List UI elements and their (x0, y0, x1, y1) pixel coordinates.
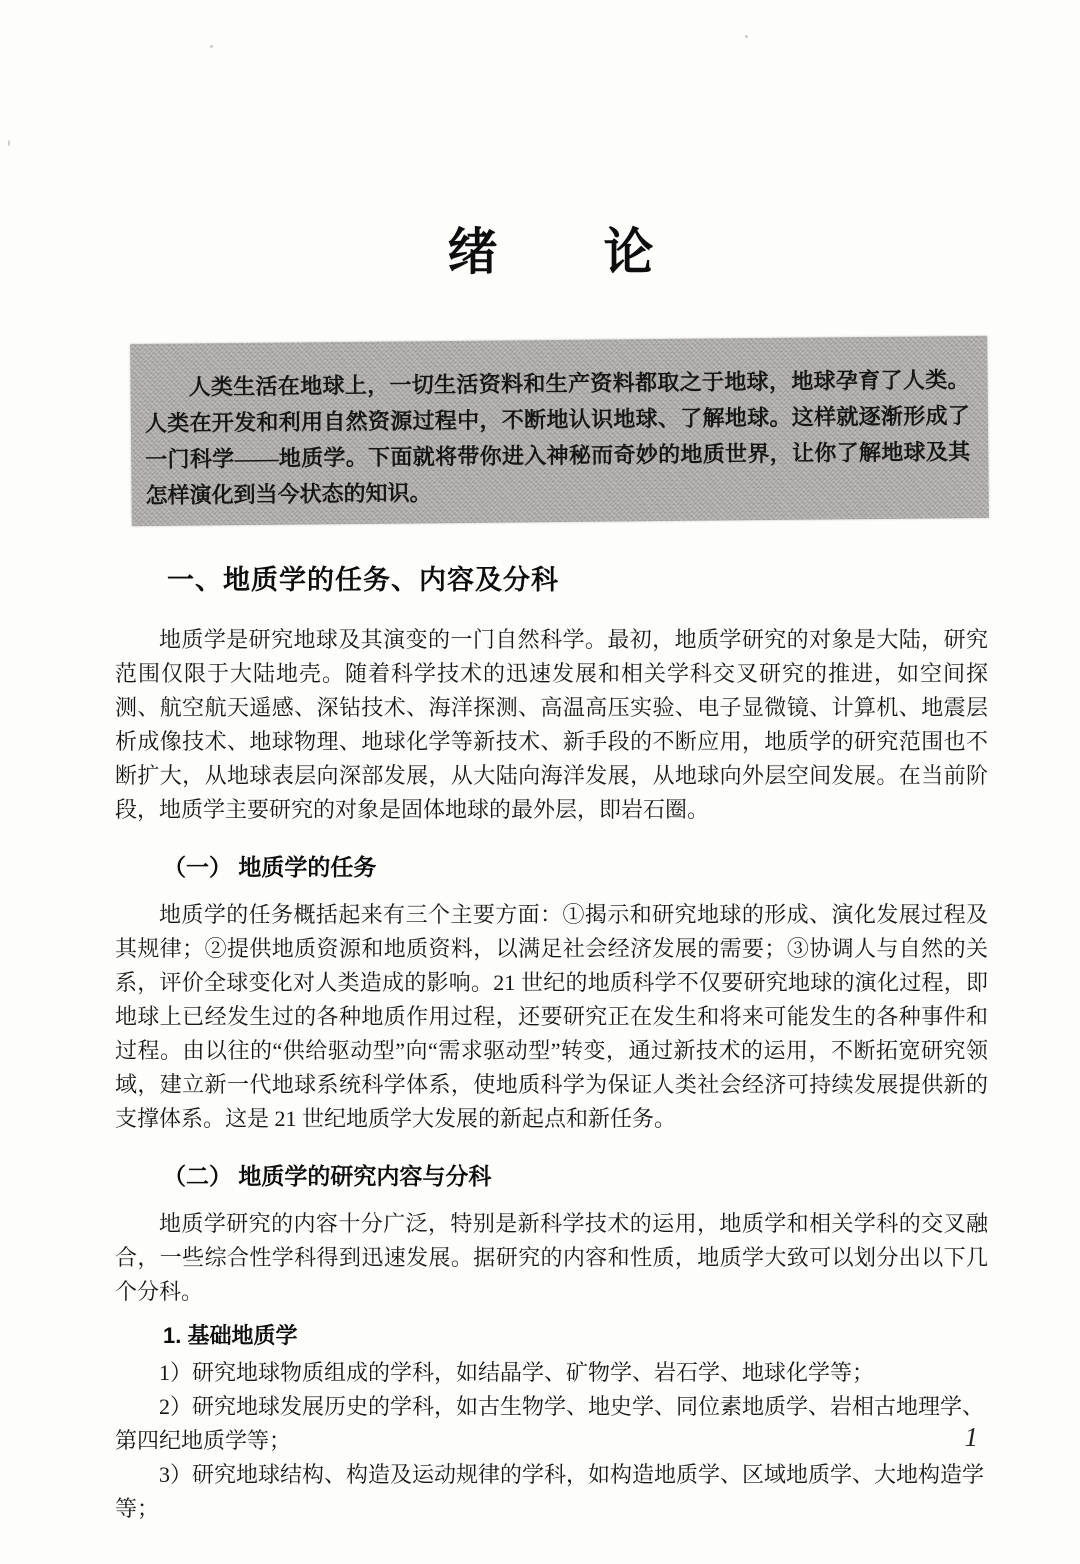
intro-box-text: 人类生活在地球上，一切生活资料和生产资料都取之于地球，地球孕育了人类。人类在开发… (144, 362, 970, 514)
list-group-heading: 1. 基础地质学 (163, 1319, 988, 1350)
subsection-2-heading: （二） 地质学的研究内容与分科 (163, 1158, 988, 1191)
list-item-3: 3）研究地球结构、构造及运动规律的学科，如构造地质学、区域地质学、大地构造学等； (115, 1458, 988, 1526)
scan-speckle (210, 45, 213, 48)
intro-highlight-box: 人类生活在地球上，一切生活资料和生产资料都取之于地球，地球孕育了人类。人类在开发… (130, 336, 989, 526)
section-heading: 一、地质学的任务、内容及分科 (167, 558, 988, 597)
subsection-1-heading: （一） 地质学的任务 (163, 849, 988, 882)
list-item-1: 1）研究地球物质组成的学科，如结晶学、矿物学、岩石学、地球化学等； (115, 1356, 988, 1390)
subsection-2-paragraph: 地质学研究的内容十分广泛，特别是新科学技术的运用，地质学和相关学科的交叉融合，一… (115, 1207, 988, 1309)
book-page: 绪 论 人类生活在地球上，一切生活资料和生产资料都取之于地球，地球孕育了人类。人… (0, 0, 1080, 1564)
scan-speckle (745, 35, 748, 38)
subsection-1-paragraph: 地质学的任务概括起来有三个主要方面：①揭示和研究地球的形成、演化发展过程及其规律… (115, 898, 988, 1136)
section-intro-paragraph: 地质学是研究地球及其演变的一门自然科学。最初，地质学研究的对象是大陆，研究范围仅… (115, 623, 988, 827)
page-number: 1 (965, 1422, 979, 1453)
scan-speckle (8, 140, 10, 146)
list-item-2: 2）研究地球发展历史的学科，如古生物学、地史学、同位素地质学、岩相古地理学、第四… (115, 1390, 988, 1458)
page-title: 绪 论 (115, 212, 988, 284)
